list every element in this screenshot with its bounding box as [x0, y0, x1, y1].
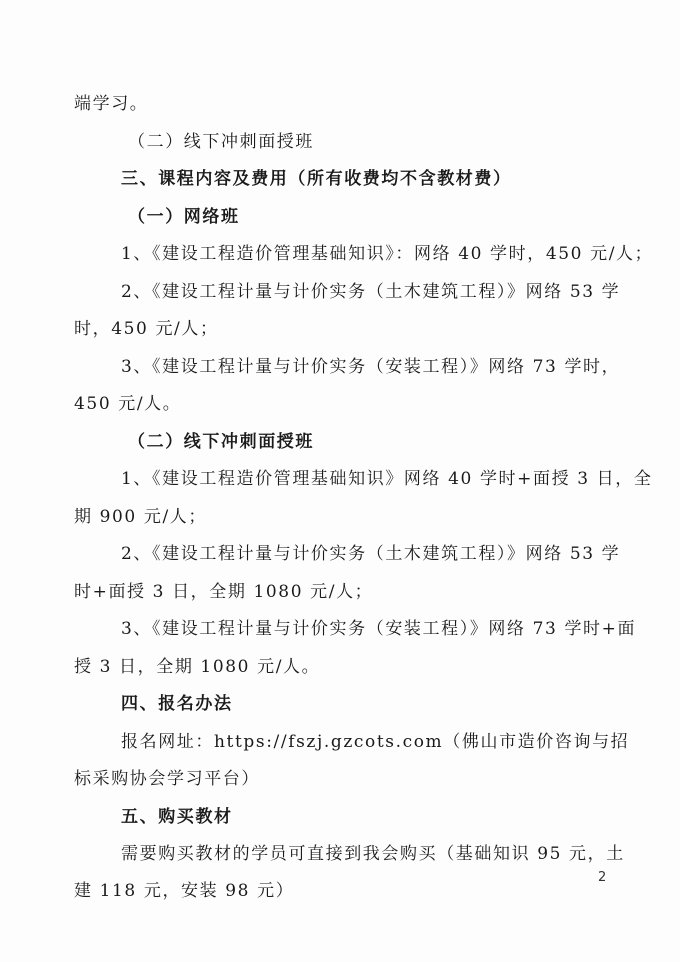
page-number: 2: [598, 870, 606, 885]
offline-item-3-continued: 授 3 日，全期 1080 元/人。: [74, 656, 614, 678]
online-item-3: 3、《建设工程计量与计价实务（安装工程）》网络 73 学时，: [121, 356, 616, 378]
offline-item-2-continued: 时+面授 3 日，全期 1080 元/人；: [74, 581, 614, 603]
registration-url-continued: 标采购协会学习平台）: [74, 768, 614, 790]
online-item-2: 2、《建设工程计量与计价实务（土木建筑工程）》网络 53 学: [121, 281, 616, 303]
textbook-purchase-text: 需要购买教材的学员可直接到我会购买（基础知识 95 元，土: [121, 843, 616, 865]
document-page: 端学习。 （二）线下冲刺面授班 三、课程内容及费用（所有收费均不含教材费） （一…: [0, 0, 680, 962]
section-heading-course-content: 三、课程内容及费用（所有收费均不含教材费）: [121, 168, 616, 190]
subheading-online-class: （一）网络班: [128, 206, 668, 228]
section-heading-textbooks: 五、购买教材: [121, 806, 616, 828]
offline-item-1-continued: 期 900 元/人；: [74, 506, 614, 528]
section-heading-registration: 四、报名办法: [121, 693, 616, 715]
online-item-2-continued: 时，450 元/人；: [74, 318, 614, 340]
paragraph-continuation: 端学习。: [74, 93, 614, 115]
offline-item-3: 3、《建设工程计量与计价实务（安装工程）》网络 73 学时+面: [121, 618, 616, 640]
online-item-1: 1、《建设工程造价管理基础知识》：网络 40 学时，450 元/人；: [121, 243, 616, 265]
offline-item-1: 1、《建设工程造价管理基础知识》网络 40 学时+面授 3 日，全: [121, 468, 616, 490]
registration-url-text: 报名网址：https://fszj.gzcots.com（佛山市造价咨询与招: [121, 731, 616, 753]
textbook-purchase-continued: 建 118 元，安装 98 元）: [74, 880, 614, 902]
subheading-offline-sprint-class: （二）线下冲刺面授班: [128, 431, 668, 453]
online-item-3-continued: 450 元/人。: [74, 393, 614, 415]
subheading-offline-class: （二）线下冲刺面授班: [128, 131, 668, 153]
offline-item-2: 2、《建设工程计量与计价实务（土木建筑工程）》网络 53 学: [121, 543, 616, 565]
